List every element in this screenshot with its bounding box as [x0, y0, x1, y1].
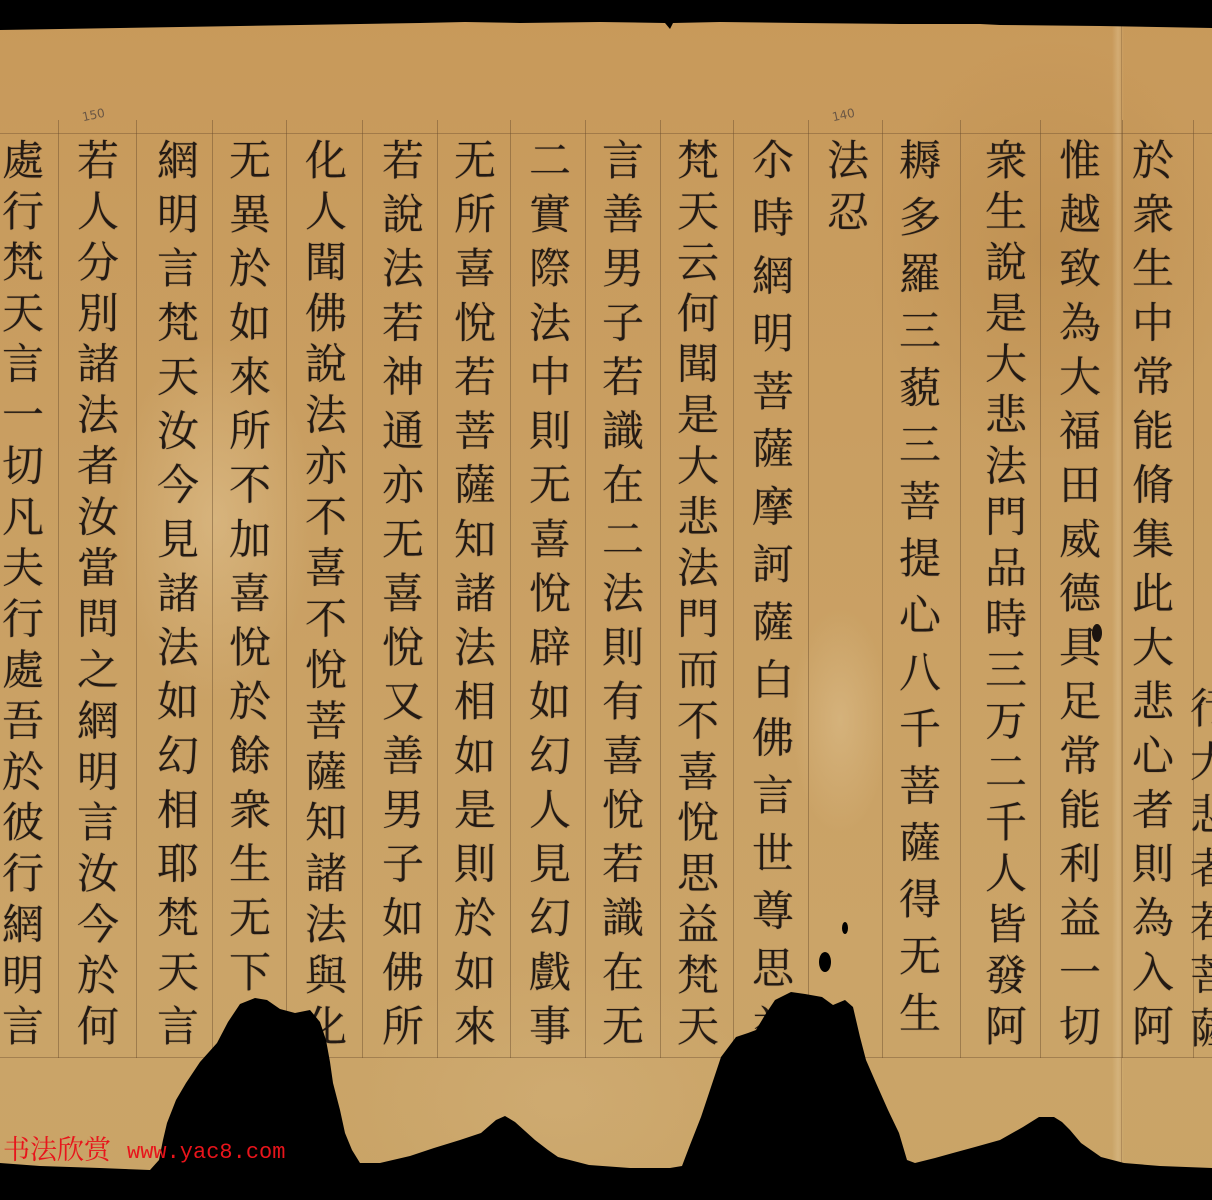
- watermark-label: 书法欣赏: [3, 1136, 111, 1166]
- top-torn-edge: [0, 0, 1212, 30]
- torn-edges: [0, 0, 1212, 1200]
- worm-hole: [819, 952, 831, 972]
- worm-hole: [842, 922, 848, 934]
- bottom-torn-edge: [0, 992, 1212, 1200]
- watermark-url: www.yac8.com: [127, 1141, 285, 1165]
- ink-blot: [1092, 624, 1102, 642]
